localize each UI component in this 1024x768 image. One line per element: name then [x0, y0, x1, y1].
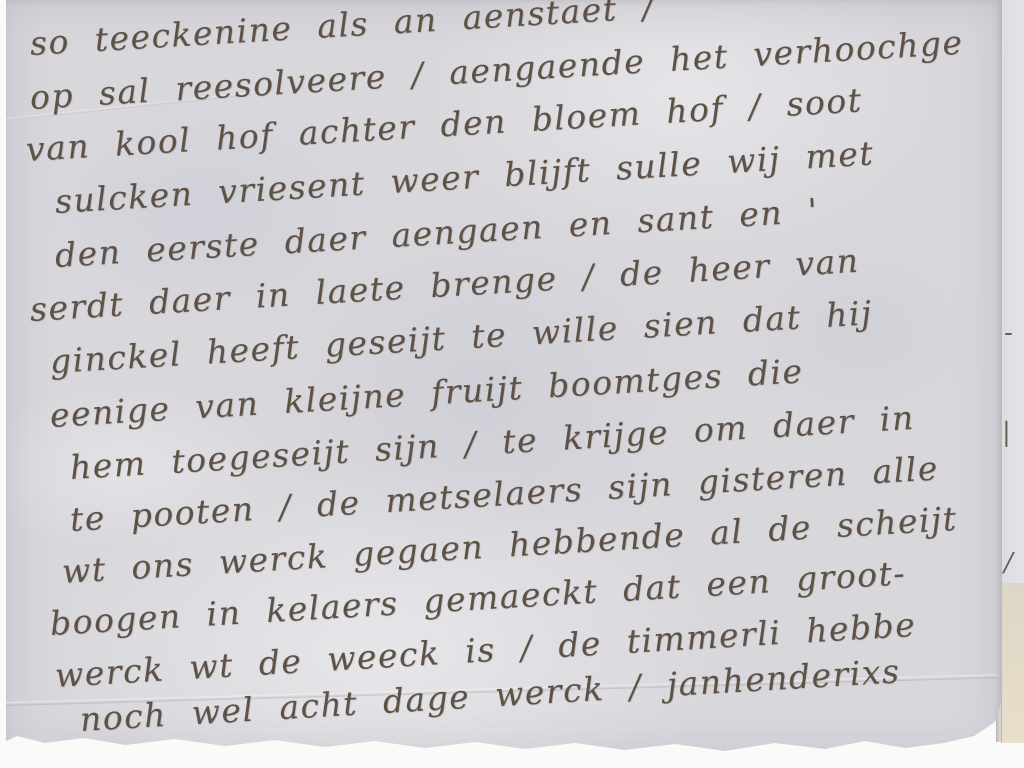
ink-mark-3: / [1004, 548, 1013, 578]
ink-mark-2: | [1002, 418, 1011, 448]
scan-background: { "manuscript": { "description": "handwr… [0, 0, 1024, 768]
ink-mark-1: - [1004, 318, 1013, 348]
handwriting-layer: so teeckenine als an aenstaet / op sal r… [0, 0, 1024, 768]
